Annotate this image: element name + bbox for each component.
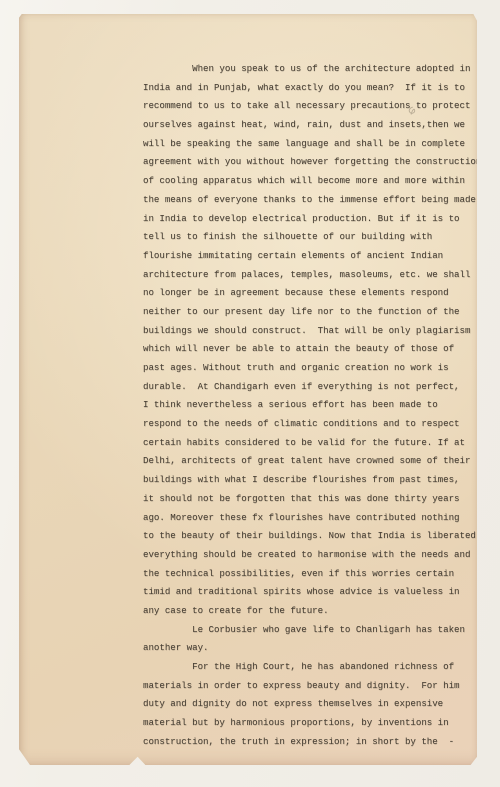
typescript-line: will be speaking the same language and s… <box>143 135 491 154</box>
typescript-line: timid and traditional spirits whose advi… <box>143 583 491 602</box>
typescript-line: which will never be able to attain the b… <box>143 340 491 359</box>
typescript-line: Delhi, architects of great talent have c… <box>143 452 491 471</box>
typescript-text: When you speak to us of the architecture… <box>143 60 491 751</box>
typescript-line: respond to the needs of climatic conditi… <box>143 415 491 434</box>
typescript-line: certain habits considered to be valid fo… <box>143 434 491 453</box>
scan-background: When you speak to us of the architecture… <box>0 0 500 787</box>
typescript-line: For the High Court, he has abandoned ric… <box>143 658 491 677</box>
typescript-line: everything should be created to harmonis… <box>143 546 491 565</box>
typescript-line: materials in order to express beauty and… <box>143 677 491 696</box>
typescript-line: of cooling apparatus which will become m… <box>143 172 491 191</box>
typescript-line: buildings with what I describe flourishe… <box>143 471 491 490</box>
typescript-line: it should not be forgotten that this was… <box>143 490 491 509</box>
typescript-line: construction, the truth in expression; i… <box>143 733 491 752</box>
typescript-line: architecture from palaces, temples, maso… <box>143 266 491 285</box>
typescript-line: no longer be in agreement because these … <box>143 284 491 303</box>
typescript-line: the technical possibilities, even if thi… <box>143 565 491 584</box>
typescript-line: any case to create for the future. <box>143 602 491 621</box>
typescript-line: ago. Moreover these fx flourishes have c… <box>143 509 491 528</box>
typescript-line: tell us to finish the silhouette of our … <box>143 228 491 247</box>
typescript-line: ourselves against heat, wind, rain, dust… <box>143 116 491 135</box>
typescript-line: duty and dignity do not express themselv… <box>143 695 491 714</box>
typescript-line: flourishe immitating certain elements of… <box>143 247 491 266</box>
typescript-line: buildings we should construct. That will… <box>143 322 491 341</box>
typescript-line: durable. At Chandigarh even if everythin… <box>143 378 491 397</box>
typescript-line: another way. <box>143 639 491 658</box>
typescript-line: in India to develop electrical productio… <box>143 210 491 229</box>
typescript-line: India and in Punjab, what exactly do you… <box>143 79 491 98</box>
typescript-line: Le Corbusier who gave life to Chanligarh… <box>143 621 491 640</box>
typescript-line: past ages. Without truth and organic cre… <box>143 359 491 378</box>
typescript-line: recommend to us to take all necessary pr… <box>143 97 491 116</box>
typescript-line: the means of everyone thanks to the imme… <box>143 191 491 210</box>
typescript-line: agreement with you without however forge… <box>143 153 491 172</box>
typescript-line: When you speak to us of the architecture… <box>143 60 491 79</box>
pencil-annotation-mark <box>402 105 418 119</box>
typescript-line: to the beauty of their buildings. Now th… <box>143 527 491 546</box>
typescript-line: I think nevertheless a serious effort ha… <box>143 396 491 415</box>
scanned-page: When you speak to us of the architecture… <box>19 14 477 765</box>
typescript-line: neither to our present day life nor to t… <box>143 303 491 322</box>
typescript-line: material but by harmonious proportions, … <box>143 714 491 733</box>
